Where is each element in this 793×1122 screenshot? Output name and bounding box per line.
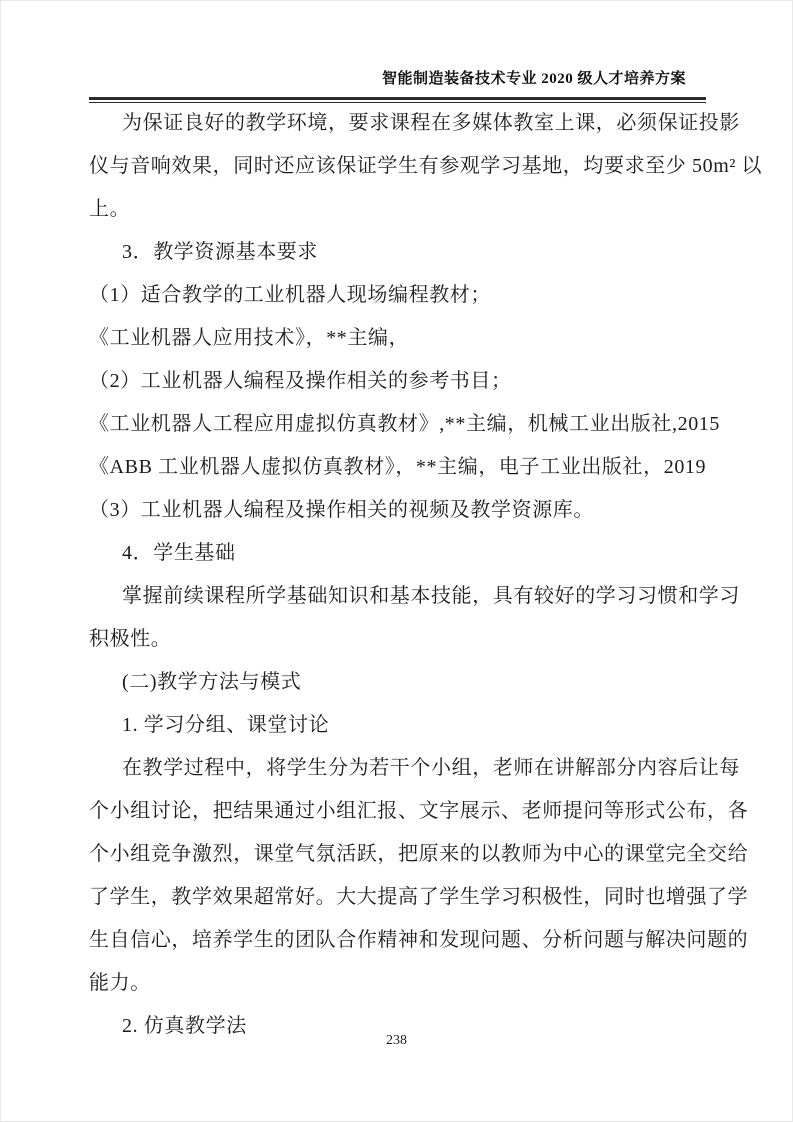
text-line: 仪与音响效果，同时还应该保证学生有参观学习基地，均要求至少 50m² 以 <box>89 145 706 188</box>
text-line: 3．教学资源基本要求 <box>89 231 706 274</box>
text-line: 个小组竞争激烈，课堂气氛活跃，把原来的以教师为中心的课堂完全交给 <box>89 833 706 876</box>
document-page: 智能制造装备技术专业 2020 级人才培养方案 为保证良好的教学环境，要求课程在… <box>0 0 793 1122</box>
text-line: （3）工业机器人编程及操作相关的视频及教学资源库。 <box>89 489 706 532</box>
text-line: 4．学生基础 <box>89 532 706 575</box>
page-footer: 238 <box>1 1033 792 1049</box>
text-line: 在教学过程中，将学生分为若干个小组，老师在讲解部分内容后让每 <box>89 747 706 790</box>
text-line: （1）适合教学的工业机器人现场编程教材； <box>89 274 706 317</box>
header-title: 智能制造装备技术专业 2020 级人才培养方案 <box>89 69 706 89</box>
text-line: 1. 学习分组、课堂讨论 <box>89 704 706 747</box>
text-line: 上。 <box>89 188 706 231</box>
text-line: （2）工业机器人编程及操作相关的参考书目； <box>89 360 706 403</box>
text-line: 《工业机器人应用技术》，**主编， <box>89 317 706 360</box>
document-body: 为保证良好的教学环境，要求课程在多媒体教室上课，必须保证投影仪与音响效果，同时还… <box>89 102 706 1048</box>
text-line: 个小组讨论，把结果通过小组汇报、文字展示、老师提问等形式公布，各 <box>89 790 706 833</box>
text-line: 为保证良好的教学环境，要求课程在多媒体教室上课，必须保证投影 <box>89 102 706 145</box>
text-line: 掌握前续课程所学基础知识和基本技能，具有较好的学习习惯和学习 <box>89 575 706 618</box>
text-line: (二)教学方法与模式 <box>89 661 706 704</box>
page-number: 238 <box>386 1033 407 1048</box>
text-line: 能力。 <box>89 962 706 1005</box>
text-line: 《工业机器人工程应用虚拟仿真教材》,**主编，机械工业出版社,2015 <box>89 403 706 446</box>
text-line: 了学生，教学效果超常好。大大提高了学生学习积极性，同时也增强了学 <box>89 876 706 919</box>
page-header: 智能制造装备技术专业 2020 级人才培养方案 <box>89 69 706 103</box>
text-line: 《ABB 工业机器人虚拟仿真教材》，**主编，电子工业出版社，2019 <box>89 446 706 489</box>
text-line: 生自信心，培养学生的团队合作精神和发现问题、分析问题与解决问题的 <box>89 919 706 962</box>
text-line: 积极性。 <box>89 618 706 661</box>
